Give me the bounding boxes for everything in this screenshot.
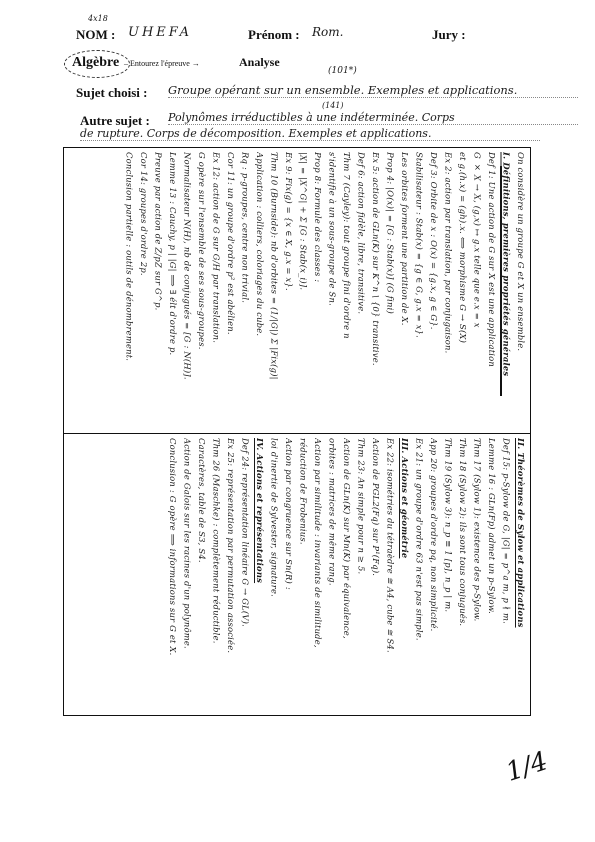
plan-line: s'identifie à un sous-groupe de Sn. — [326, 152, 338, 429]
prenom-label: Prénom : — [248, 27, 300, 43]
plan-top-half: On considère un groupe G et X un ensembl… — [64, 148, 530, 433]
plan-line: Stabilisateur : Stab(x) = {g ∈ G, g.x = … — [413, 152, 425, 429]
section-heading: III. Actions et géométrie — [399, 438, 411, 711]
plan-line: Thm 17 (Sylow 1): existence des p-Sylow. — [471, 438, 483, 711]
plan-line: Ex 25: représentation par permutation as… — [225, 438, 237, 711]
other-subject-value-line2: de rupture. Corps de décomposition. Exem… — [80, 127, 540, 141]
nom-label: NOM : — [76, 27, 115, 43]
plan-line: Conclusion partielle : outils de dénombr… — [123, 152, 135, 429]
section-heading: I. Définitions, premières propriétés gén… — [500, 152, 512, 429]
plan-line: réduction de Frobenius. — [297, 438, 309, 711]
exam-type-algebre: Algèbre — [72, 55, 119, 71]
page-indicator: 1/4 — [502, 746, 551, 787]
plan-line: Action par congruence sur Sn(R) : — [283, 438, 295, 711]
plan-line: Def 3: Orbite de x : O(x) = {g.x, g ∈ G}… — [428, 152, 440, 429]
plan-line: Ex 22: isométries du tétraèdre ≅ A4, cub… — [384, 438, 396, 711]
plan-line: Thm 18 (Sylow 2): ils sont tous conjugué… — [457, 438, 469, 711]
plan-top-columns: On considère un groupe G et X un ensembl… — [68, 152, 526, 429]
plan-line: loi d'inertie de Sylvester, signature. — [268, 438, 280, 711]
plan-line: Prop 8: Formule des classes : — [312, 152, 324, 429]
plan-line: Rq : p-groupes, centre non trivial. — [239, 152, 251, 429]
plan-line: Def 15: p-Sylow de G, |G| = p^a m, p ∤ m… — [500, 438, 512, 711]
plan-frame: On considère un groupe G et X un ensembl… — [63, 147, 531, 716]
plan-line: On considère un groupe G et X un ensembl… — [515, 152, 527, 429]
plan-bottom-half: II. Théorèmes de Sylow et applicationsDe… — [64, 434, 530, 715]
plan-line: Normalisateur N(H), nb de conjugués = [G… — [181, 152, 193, 429]
plan-line: Conclusion : G opère ⟹ informations sur … — [167, 438, 179, 711]
plan-line: App 20: groupes d'ordre pq, non simplici… — [428, 438, 440, 711]
plan-line: Thm 7 (Cayley): tout groupe fini d'ordre… — [341, 152, 353, 429]
plan-line: Cor 14: groupes d'ordre 2p. — [138, 152, 150, 429]
plan-line: Def 24: représentation linéaire G → GL(V… — [239, 438, 251, 711]
plan-line: Les orbites forment une partition de X. — [399, 152, 411, 429]
plan-line: Cor 11: un groupe d'ordre p² est abélien… — [225, 152, 237, 429]
section-heading: IV. Actions et représentations — [254, 438, 266, 711]
plan-line: Application : colliers, coloriages du cu… — [254, 152, 266, 429]
plan-bottom-columns: II. Théorèmes de Sylow et applicationsDe… — [68, 438, 526, 711]
plan-line: orbites : matrices de même rang. — [326, 438, 338, 711]
plan-line: G opère sur l'ensemble de ses sous-group… — [196, 152, 208, 429]
exam-type-analyse: Analyse — [239, 55, 280, 70]
plan-line: Ex 5: action de GLn(K) sur K^n \ {0} tra… — [370, 152, 382, 429]
plan-line: Def 6: action fidèle, libre, transitive. — [355, 152, 367, 429]
plan-line: Action par similitude : invariants de si… — [312, 438, 324, 711]
plan-line: Action de GLn(K) sur Mn(K) par équivalen… — [341, 438, 353, 711]
section-heading: II. Théorèmes de Sylow et applications — [515, 438, 527, 711]
plan-line: Def 1: Une action de G sur X est une app… — [486, 152, 498, 429]
plan-line: G × X → X, (g,x) ↦ g.x telle que e.x = x — [471, 152, 483, 429]
plan-line: et g.(h.x) = (gh).x. ⟺ morphisme G → S(X… — [457, 152, 469, 429]
jury-label: Jury : — [432, 27, 466, 43]
plan-line: Thm 10 (Burnside): nb d'orbites = (1/|G|… — [268, 152, 280, 429]
prenom-value: Rom. — [312, 25, 343, 39]
plan-line: Preuve par action de Z/pZ sur G^p. — [152, 152, 164, 429]
nom-value: UHEFA — [128, 25, 192, 40]
plan-line: Caractères, table de S3, S4. — [196, 438, 208, 711]
plan-line: |X| = |X^G| + Σ [G : Stab(x_i)]. — [297, 152, 309, 429]
top-note: 4x18 — [88, 14, 108, 23]
other-subject-number: (141) — [322, 101, 344, 110]
plan-line: Thm 26 (Maschke) : complètement réductib… — [210, 438, 222, 711]
plan-line: Ex 2: action par translation, par conjug… — [442, 152, 454, 429]
chosen-subject-number: (101*) — [328, 66, 357, 76]
chosen-subject-label: Sujet choisi : — [76, 85, 148, 101]
plan-line: Thm 19 (Sylow 3): n_p ≡ 1 [p], n_p | m. — [442, 438, 454, 711]
plan-line: Lemme 13 : Cauchy, p | |G| ⟹ ∃ élt d'ord… — [167, 152, 179, 429]
plan-line: Prop 4: |O(x)| = [G : Stab(x)] (G fini) — [384, 152, 396, 429]
plan-line: Lemme 16 : GLn(Fp) admet un p-Sylow. — [486, 438, 498, 711]
plan-line: Thm 23: An simple pour n ≥ 5. — [355, 438, 367, 711]
plan-line: Ex 12: action de G sur G/H par translati… — [210, 152, 222, 429]
other-subject-value-line1: Polynômes irréductibles à une indétermin… — [168, 111, 578, 125]
plan-line: Action de Galois sur les racines d'un po… — [181, 438, 193, 711]
plan-line: Action de PGL2(Fq) sur P¹(Fq). — [370, 438, 382, 711]
exam-type-instruction: – Entourez l'épreuve → — [124, 59, 200, 68]
plan-line: Ex 21: un groupe d'ordre 63 n'est pas si… — [413, 438, 425, 711]
chosen-subject-value: Groupe opérant sur un ensemble. Exemples… — [168, 83, 578, 98]
plan-line: Ex 9: Fix(g) = {x ∈ X, g.x = x}. — [283, 152, 295, 429]
